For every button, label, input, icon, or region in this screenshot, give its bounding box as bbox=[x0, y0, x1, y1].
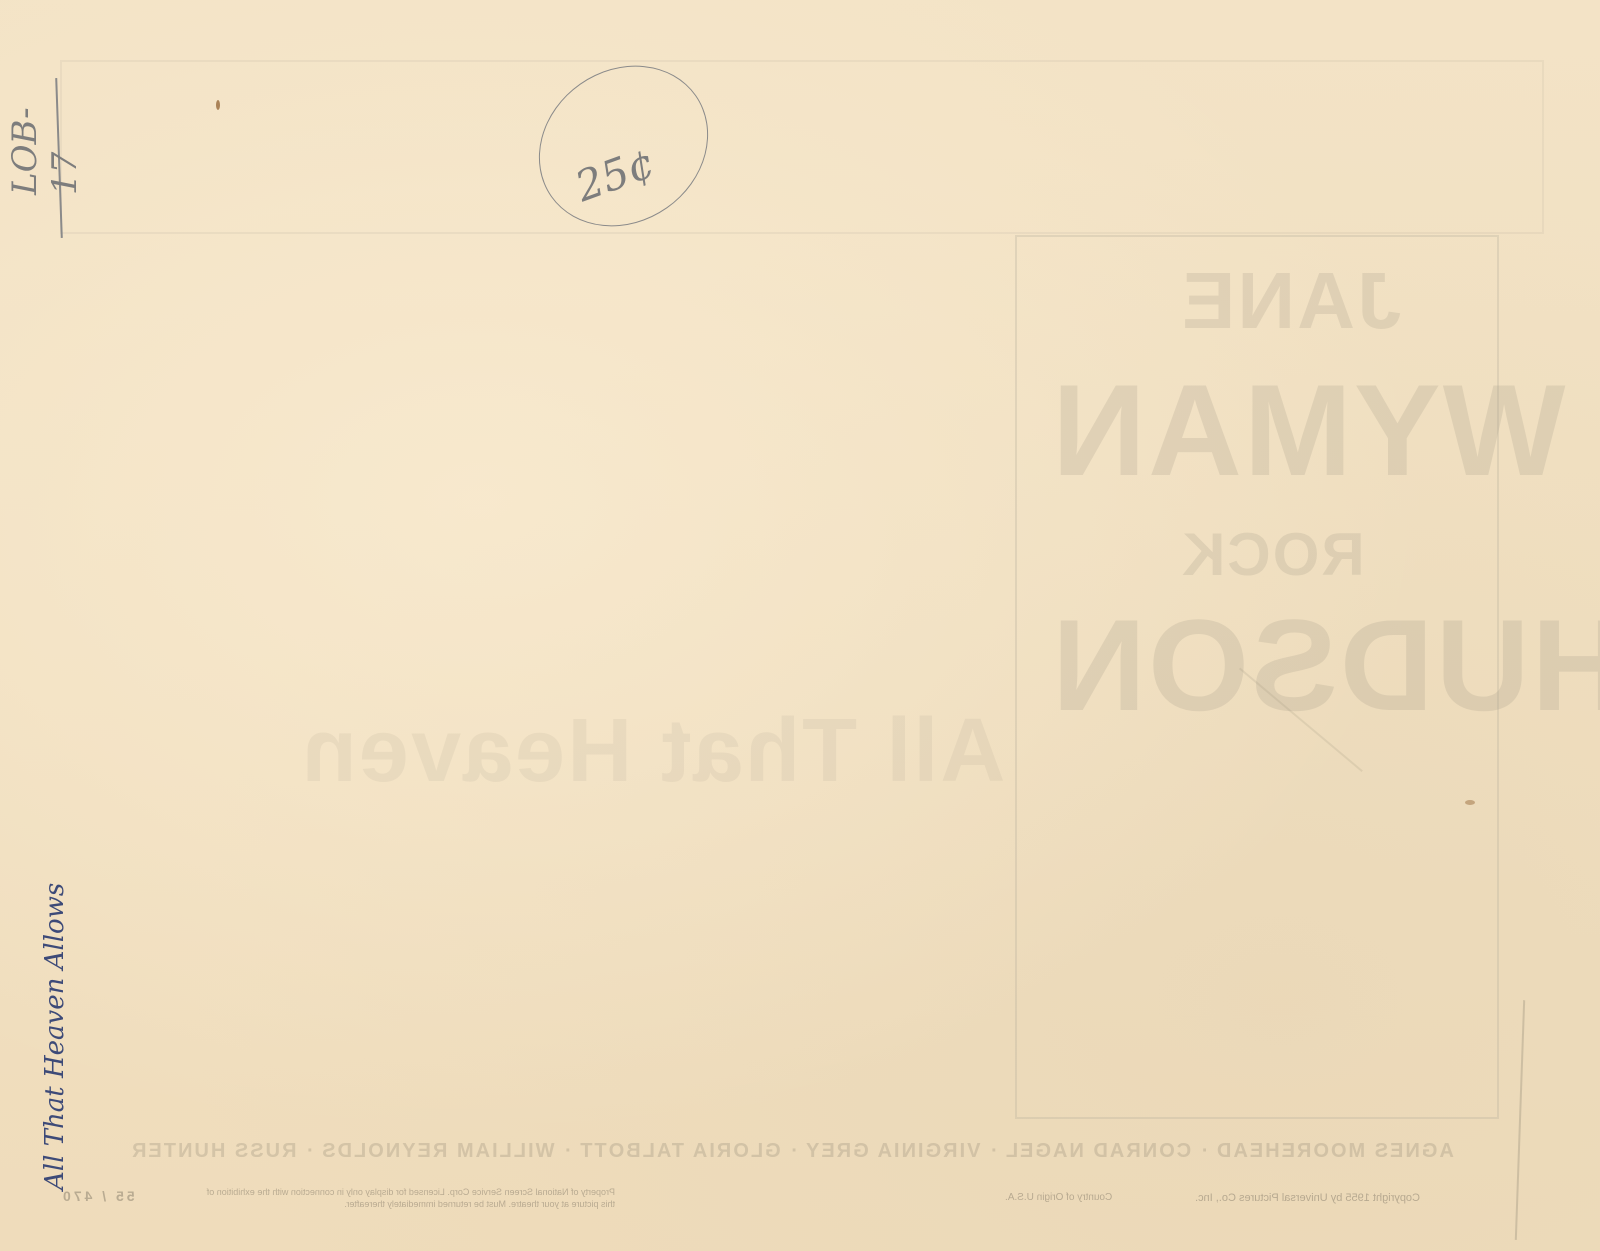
handwritten-code: LOB-17 bbox=[5, 75, 85, 195]
bleed-through-top-band bbox=[60, 60, 1544, 234]
bleed-cast-line: AGNES MOOREHEAD · CONRAD NAGEL · VIRGINI… bbox=[130, 1140, 1454, 1163]
copyright-notice: Copyright 1955 by Universal Pictures Co.… bbox=[1195, 1192, 1420, 1204]
bleed-costar-last-name: HUDSON bbox=[1050, 590, 1600, 740]
bleed-costar-first-name: ROCK bbox=[1180, 520, 1365, 589]
lobby-card-back: JANE WYMAN ROCK HUDSON All That Heaven A… bbox=[0, 0, 1600, 1251]
nss-notice: Property of National Screen Service Corp… bbox=[195, 1186, 615, 1210]
paper-stain bbox=[1465, 800, 1475, 805]
paper-crease bbox=[1515, 1000, 1525, 1240]
country-of-origin: Country of Origin U.S.A. bbox=[1005, 1192, 1112, 1203]
bleed-star-first-name: JANE bbox=[1180, 255, 1401, 347]
bleed-star-last-name: WYMAN bbox=[1050, 355, 1565, 505]
paper-stain bbox=[216, 100, 220, 110]
handwritten-title: All That Heaven Allows bbox=[40, 860, 70, 1190]
bleed-title-fragment: All That Heaven bbox=[300, 700, 1005, 803]
card-number: 55 / 470 bbox=[60, 1188, 135, 1204]
